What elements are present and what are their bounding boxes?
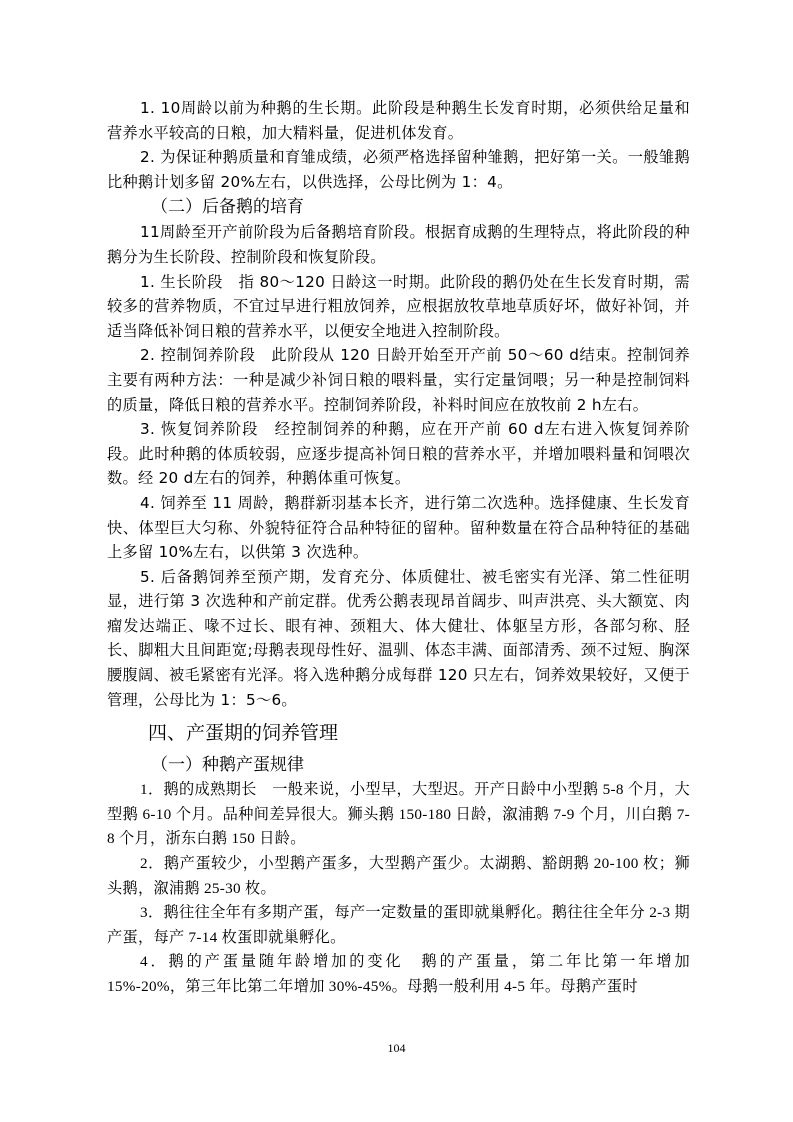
paragraph: 2．鹅产蛋较少，小型鹅产蛋多，大型鹅产蛋少。太湖鹅、豁朗鹅 20-100 枚；狮… (107, 852, 690, 901)
subheading-reserve-geese: （二）后备鹅的培育 (107, 194, 690, 220)
subheading-laying-pattern: （一）种鹅产蛋规律 (107, 752, 690, 778)
paragraph: 3．鹅往往全年有多期产蛋，每产一定数量的蛋即就巢孵化。鹅往往全年分 2-3 期产… (107, 901, 690, 950)
paragraph: 1. 10周龄以前为种鹅的生长期。此阶段是种鹅生长发育时期，必须供给足量和营养水… (107, 96, 690, 145)
paragraph: 4．鹅的产蛋量随年龄增加的变化 鹅的产蛋量，第二年比第一年增加 15%-20%，… (107, 950, 690, 999)
paragraph: 1．鹅的成熟期长 一般来说，小型早，大型迟。开产日龄中小型鹅 5-8 个月，大型… (107, 778, 690, 852)
paragraph: 11周龄至开产前阶段为后备鹅培育阶段。根据育成鹅的生理特点，将此阶段的种鹅分为生… (107, 220, 690, 269)
paragraph: 5. 后备鹅饲养至预产期，发育充分、体质健壮、被毛密实有光泽、第二性征明显，进行… (107, 565, 690, 713)
document-page: 1. 10周龄以前为种鹅的生长期。此阶段是种鹅生长发育时期，必须供给足量和营养水… (107, 96, 690, 1000)
paragraph: 2. 为保证种鹅质量和育雏成绩，必须严格选择留种雏鹅，把好第一关。一般雏鹅比种鹅… (107, 145, 690, 194)
paragraph: 4. 饲养至 11 周龄，鹅群新羽基本长齐，进行第二次选种。选择健康、生长发育快… (107, 491, 690, 565)
section-heading-laying-period: 四、产蛋期的饲养管理 (107, 718, 690, 748)
page-number: 104 (0, 1041, 793, 1056)
paragraph: 3. 恢复饲养阶段 经控制饲养的种鹅，应在开产前 60 d左右进入恢复饲养阶段。… (107, 417, 690, 491)
paragraph: 1. 生长阶段 指 80～120 日龄这一时期。此阶段的鹅仍处在生长发育时期，需… (107, 270, 690, 344)
paragraph: 2. 控制饲养阶段 此阶段从 120 日龄开始至开产前 50～60 d结束。控制… (107, 343, 690, 417)
